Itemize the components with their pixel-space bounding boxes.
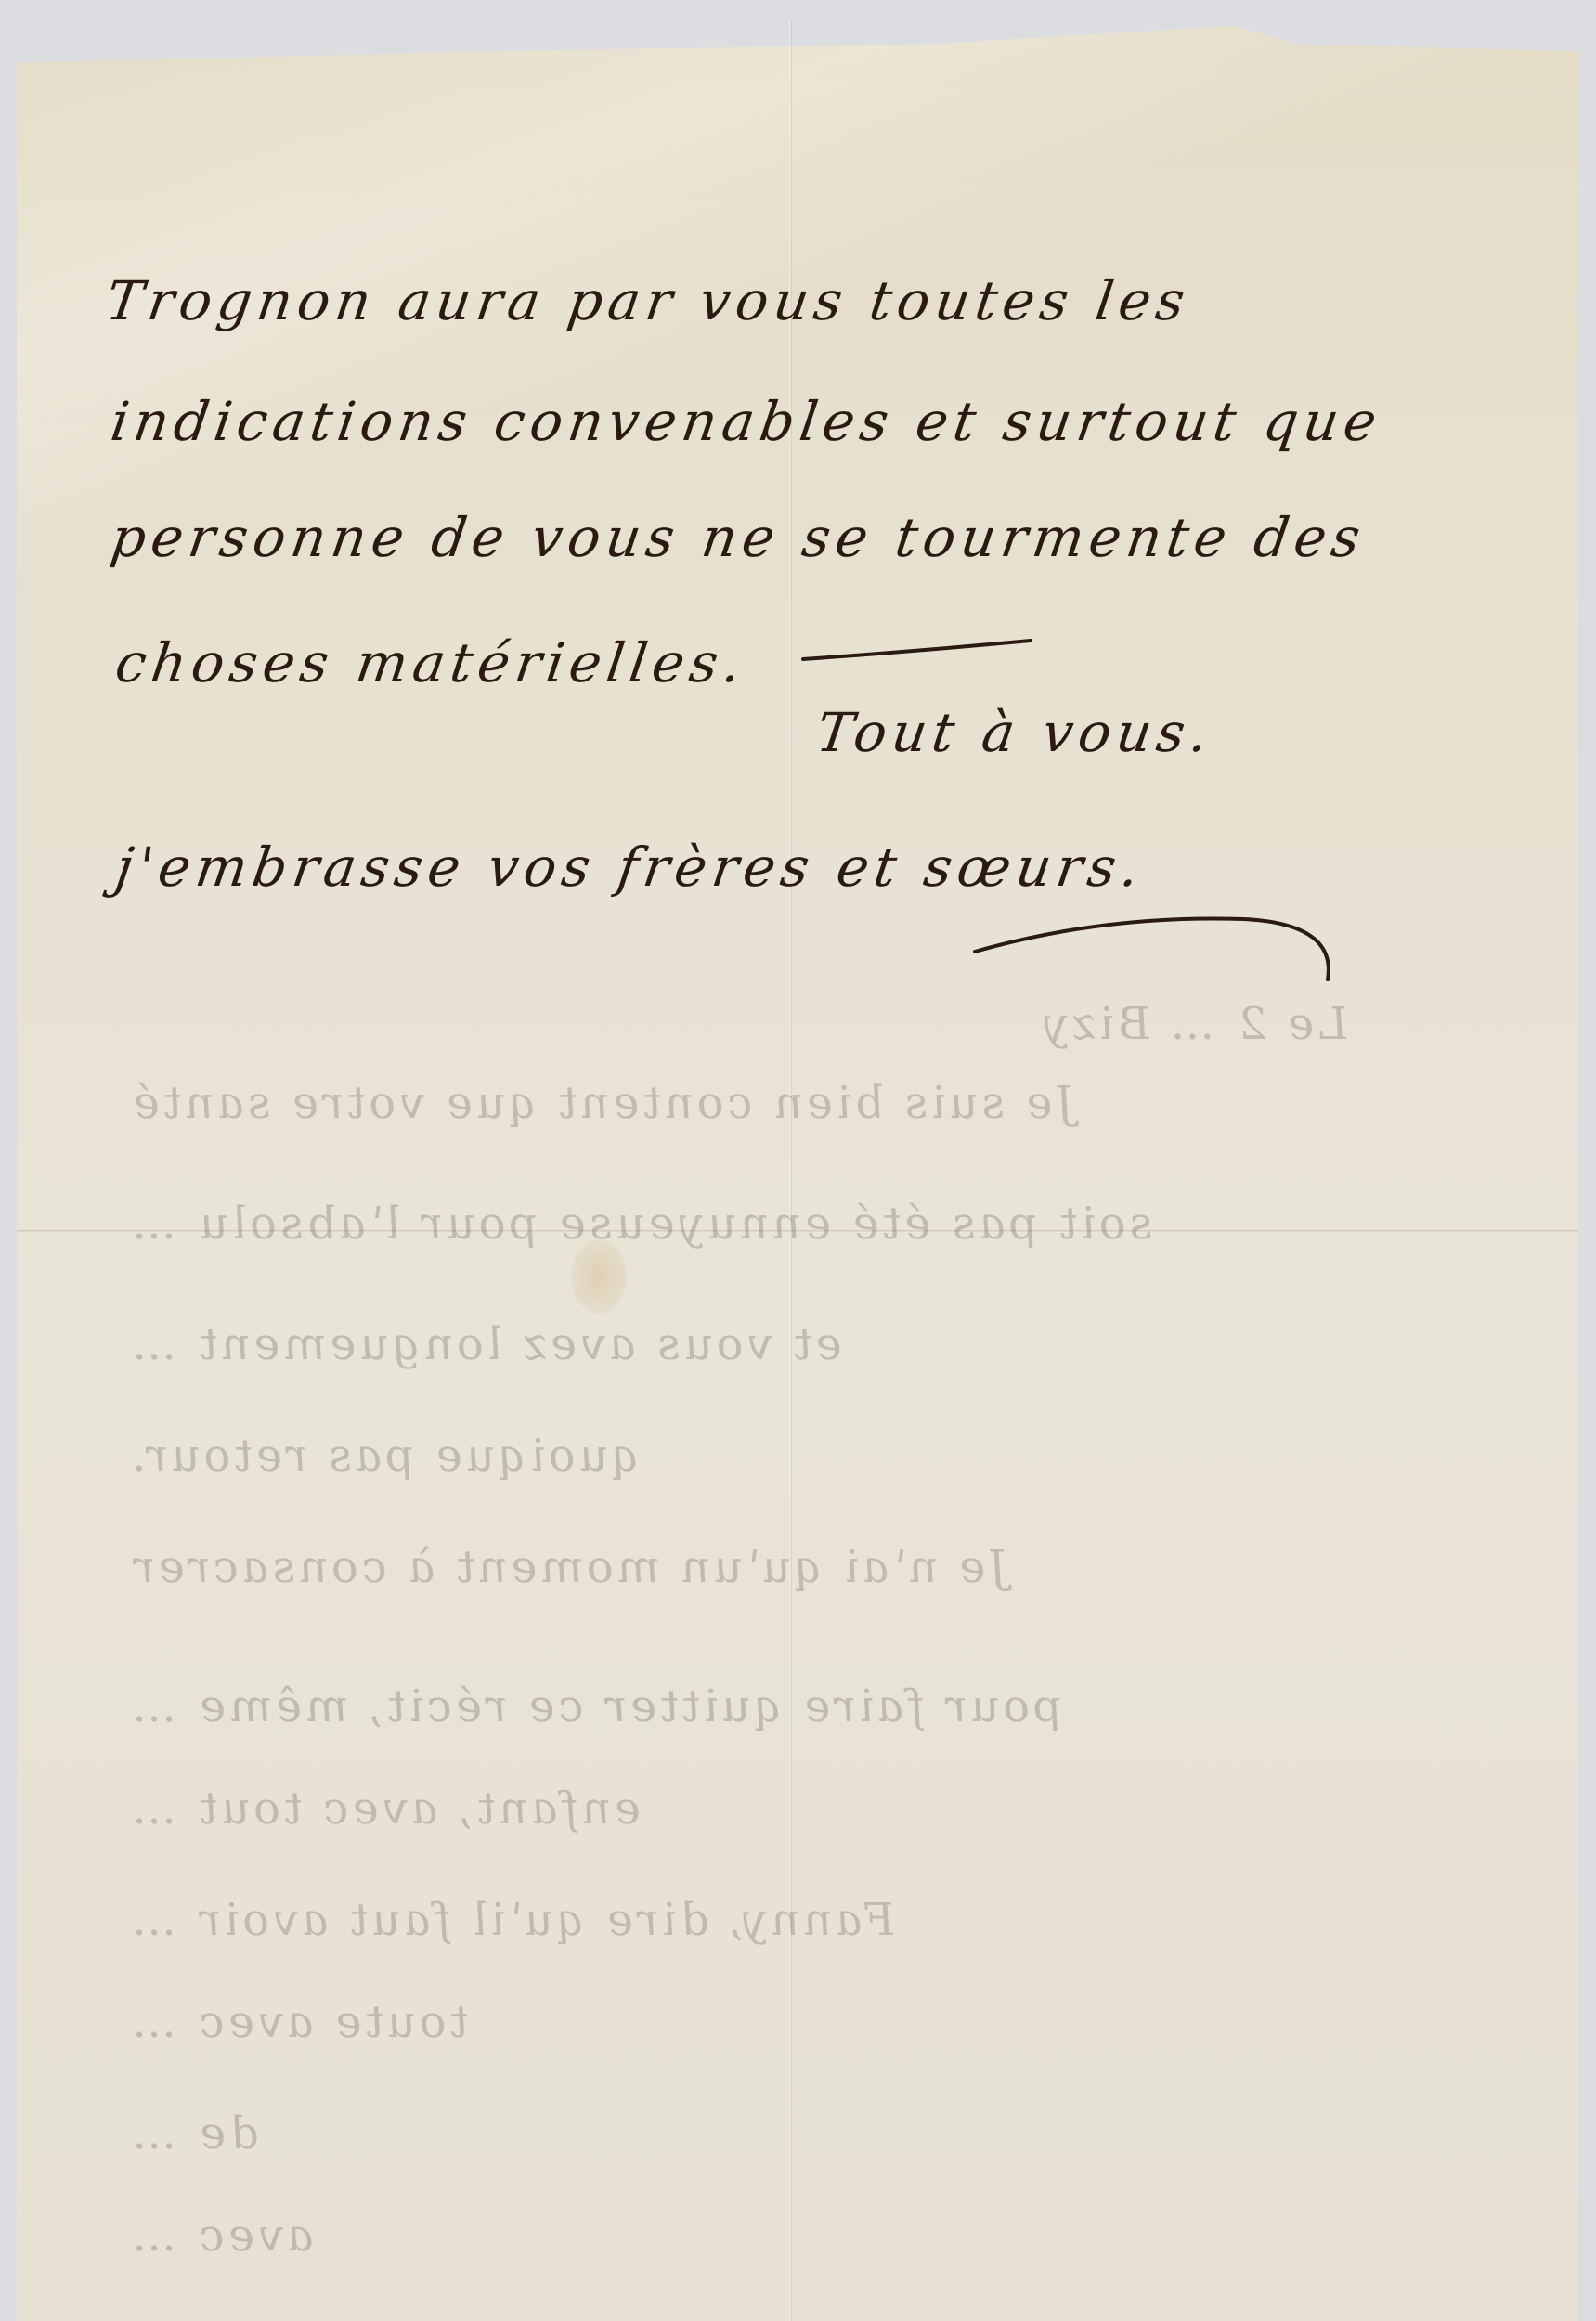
letter-line-1: Trognon aura par vous toutes les (102, 269, 1194, 332)
letter-closing: Tout à vous. (812, 701, 1217, 764)
show-through-line: avec … (126, 2210, 318, 2262)
show-through-line: soit pas été ennuyeuse pour l'absolu … (126, 1198, 1156, 1250)
show-through-line: enfant, avec tout … (126, 1783, 644, 1835)
show-through-line: Je suis bien content que votre santé (126, 1077, 1078, 1129)
show-through-line: pour faire quitter ce récit, même … (126, 1680, 1066, 1732)
show-through-line: Le 2 … Bizy (1036, 998, 1351, 1050)
letter-line-3: personne de vous ne se tourmente des (107, 506, 1369, 569)
letter-line-4: choses matérielles. (111, 631, 750, 694)
vertical-fold-crease (789, 19, 792, 2321)
letter-paper (17, 17, 1578, 2321)
show-through-line: de … (126, 2107, 262, 2159)
paper-stain (571, 1239, 627, 1314)
letter-line-2: indications convenables et surtout que (107, 390, 1386, 453)
signature-flourish (966, 914, 1356, 989)
show-through-line: quoique pas retour. (126, 1430, 644, 1482)
show-through-line: Je n'ai qu'un moment à consacrer (126, 1541, 1011, 1593)
show-through-line: et vous avez longuement … (126, 1318, 846, 1370)
letter-postscript: j'embrasse vos frères et sœurs. (111, 836, 1148, 899)
show-through-line: toute avec … (126, 1996, 472, 2048)
dash-flourish (798, 631, 1040, 668)
show-through-line: Fanny, dire qu'il faut avoir … (126, 1894, 898, 1946)
